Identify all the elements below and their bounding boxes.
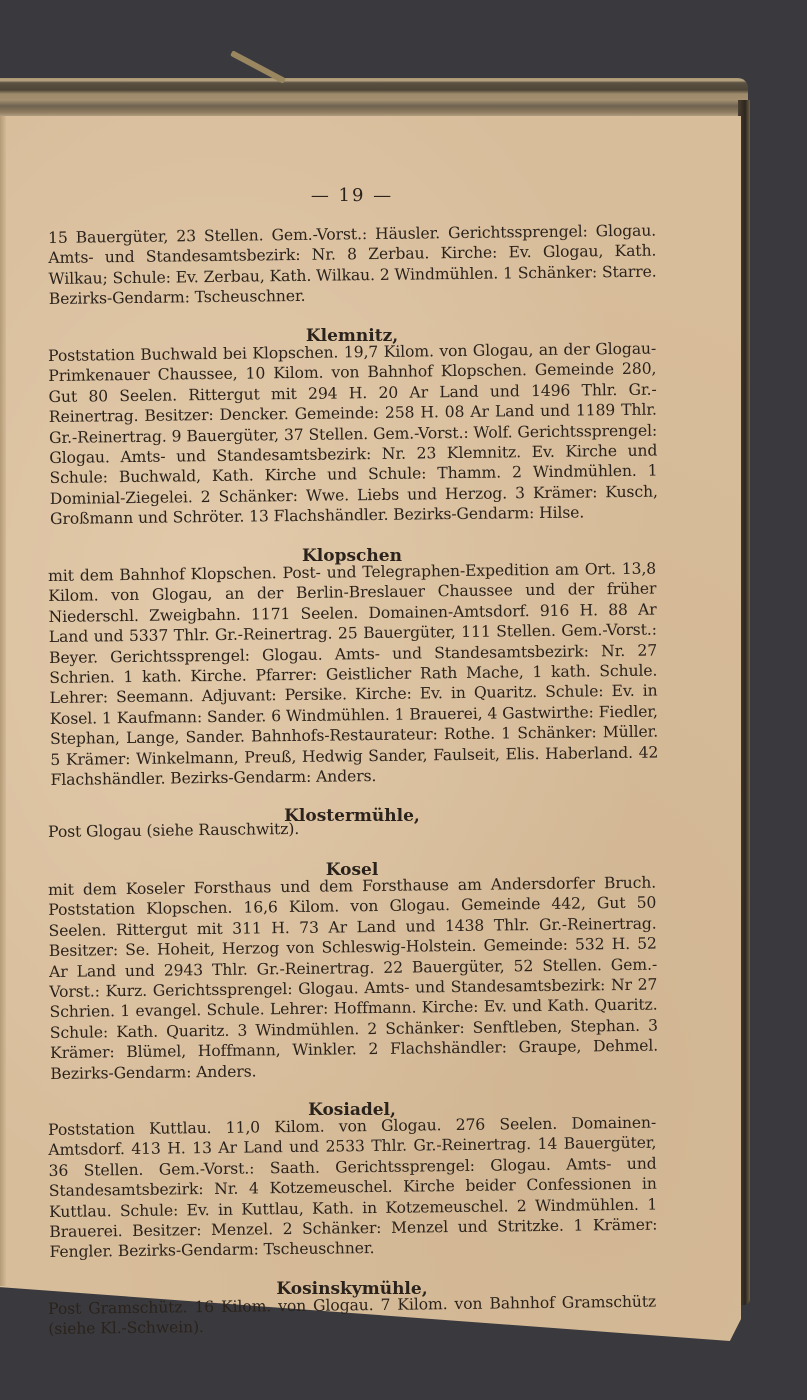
page-number: — 19 — <box>48 186 656 206</box>
entry-klopschen: Klopschen mit dem Bahnhof Klopschen. Pos… <box>48 546 656 790</box>
entry-text: mit dem Koseler Forsthaus und dem Forsth… <box>48 873 658 1084</box>
entry-text: Poststation Buchwald bei Klopschen. 19,7… <box>48 339 658 530</box>
entry-kosiadel: Kosiadel, Poststation Kuttlau. 11,0 Kilo… <box>48 1100 656 1263</box>
entry-text: Poststation Kuttlau. 11,0 Kilom. von Glo… <box>48 1113 658 1263</box>
entry-text: mit dem Bahnhof Klopschen. Post- und Tel… <box>48 558 659 790</box>
page-content: — 19 — 15 Bauergüter, 23 Stellen. Gem.-V… <box>48 186 656 1356</box>
page-gutter <box>0 116 6 1286</box>
entry-continuation: 15 Bauergüter, 23 Stellen. Gem.-Vorst.: … <box>48 228 656 310</box>
entry-text: 15 Bauergüter, 23 Stellen. Gem.-Vorst.: … <box>48 221 657 310</box>
entry-text: Post Glogau (siehe Rauschwitz). <box>48 819 299 842</box>
entry-text: Post Gramschütz. 16 Kilom. von Glogau. 7… <box>48 1292 656 1340</box>
entry-klemnitz: Klemnitz, Poststation Buchwald bei Klops… <box>48 326 656 530</box>
entry-kosel: Kosel mit dem Koseler Forsthaus und dem … <box>48 860 656 1084</box>
entry-klostermuehle: Klostermühle, Post Glogau (siehe Rauschw… <box>48 806 656 844</box>
book-top-edge <box>0 78 748 118</box>
entry-kosinskymuehle: Kosinskymühle, Post Gramschütz. 16 Kilom… <box>48 1279 656 1340</box>
bookmark-ribbon <box>230 50 286 83</box>
